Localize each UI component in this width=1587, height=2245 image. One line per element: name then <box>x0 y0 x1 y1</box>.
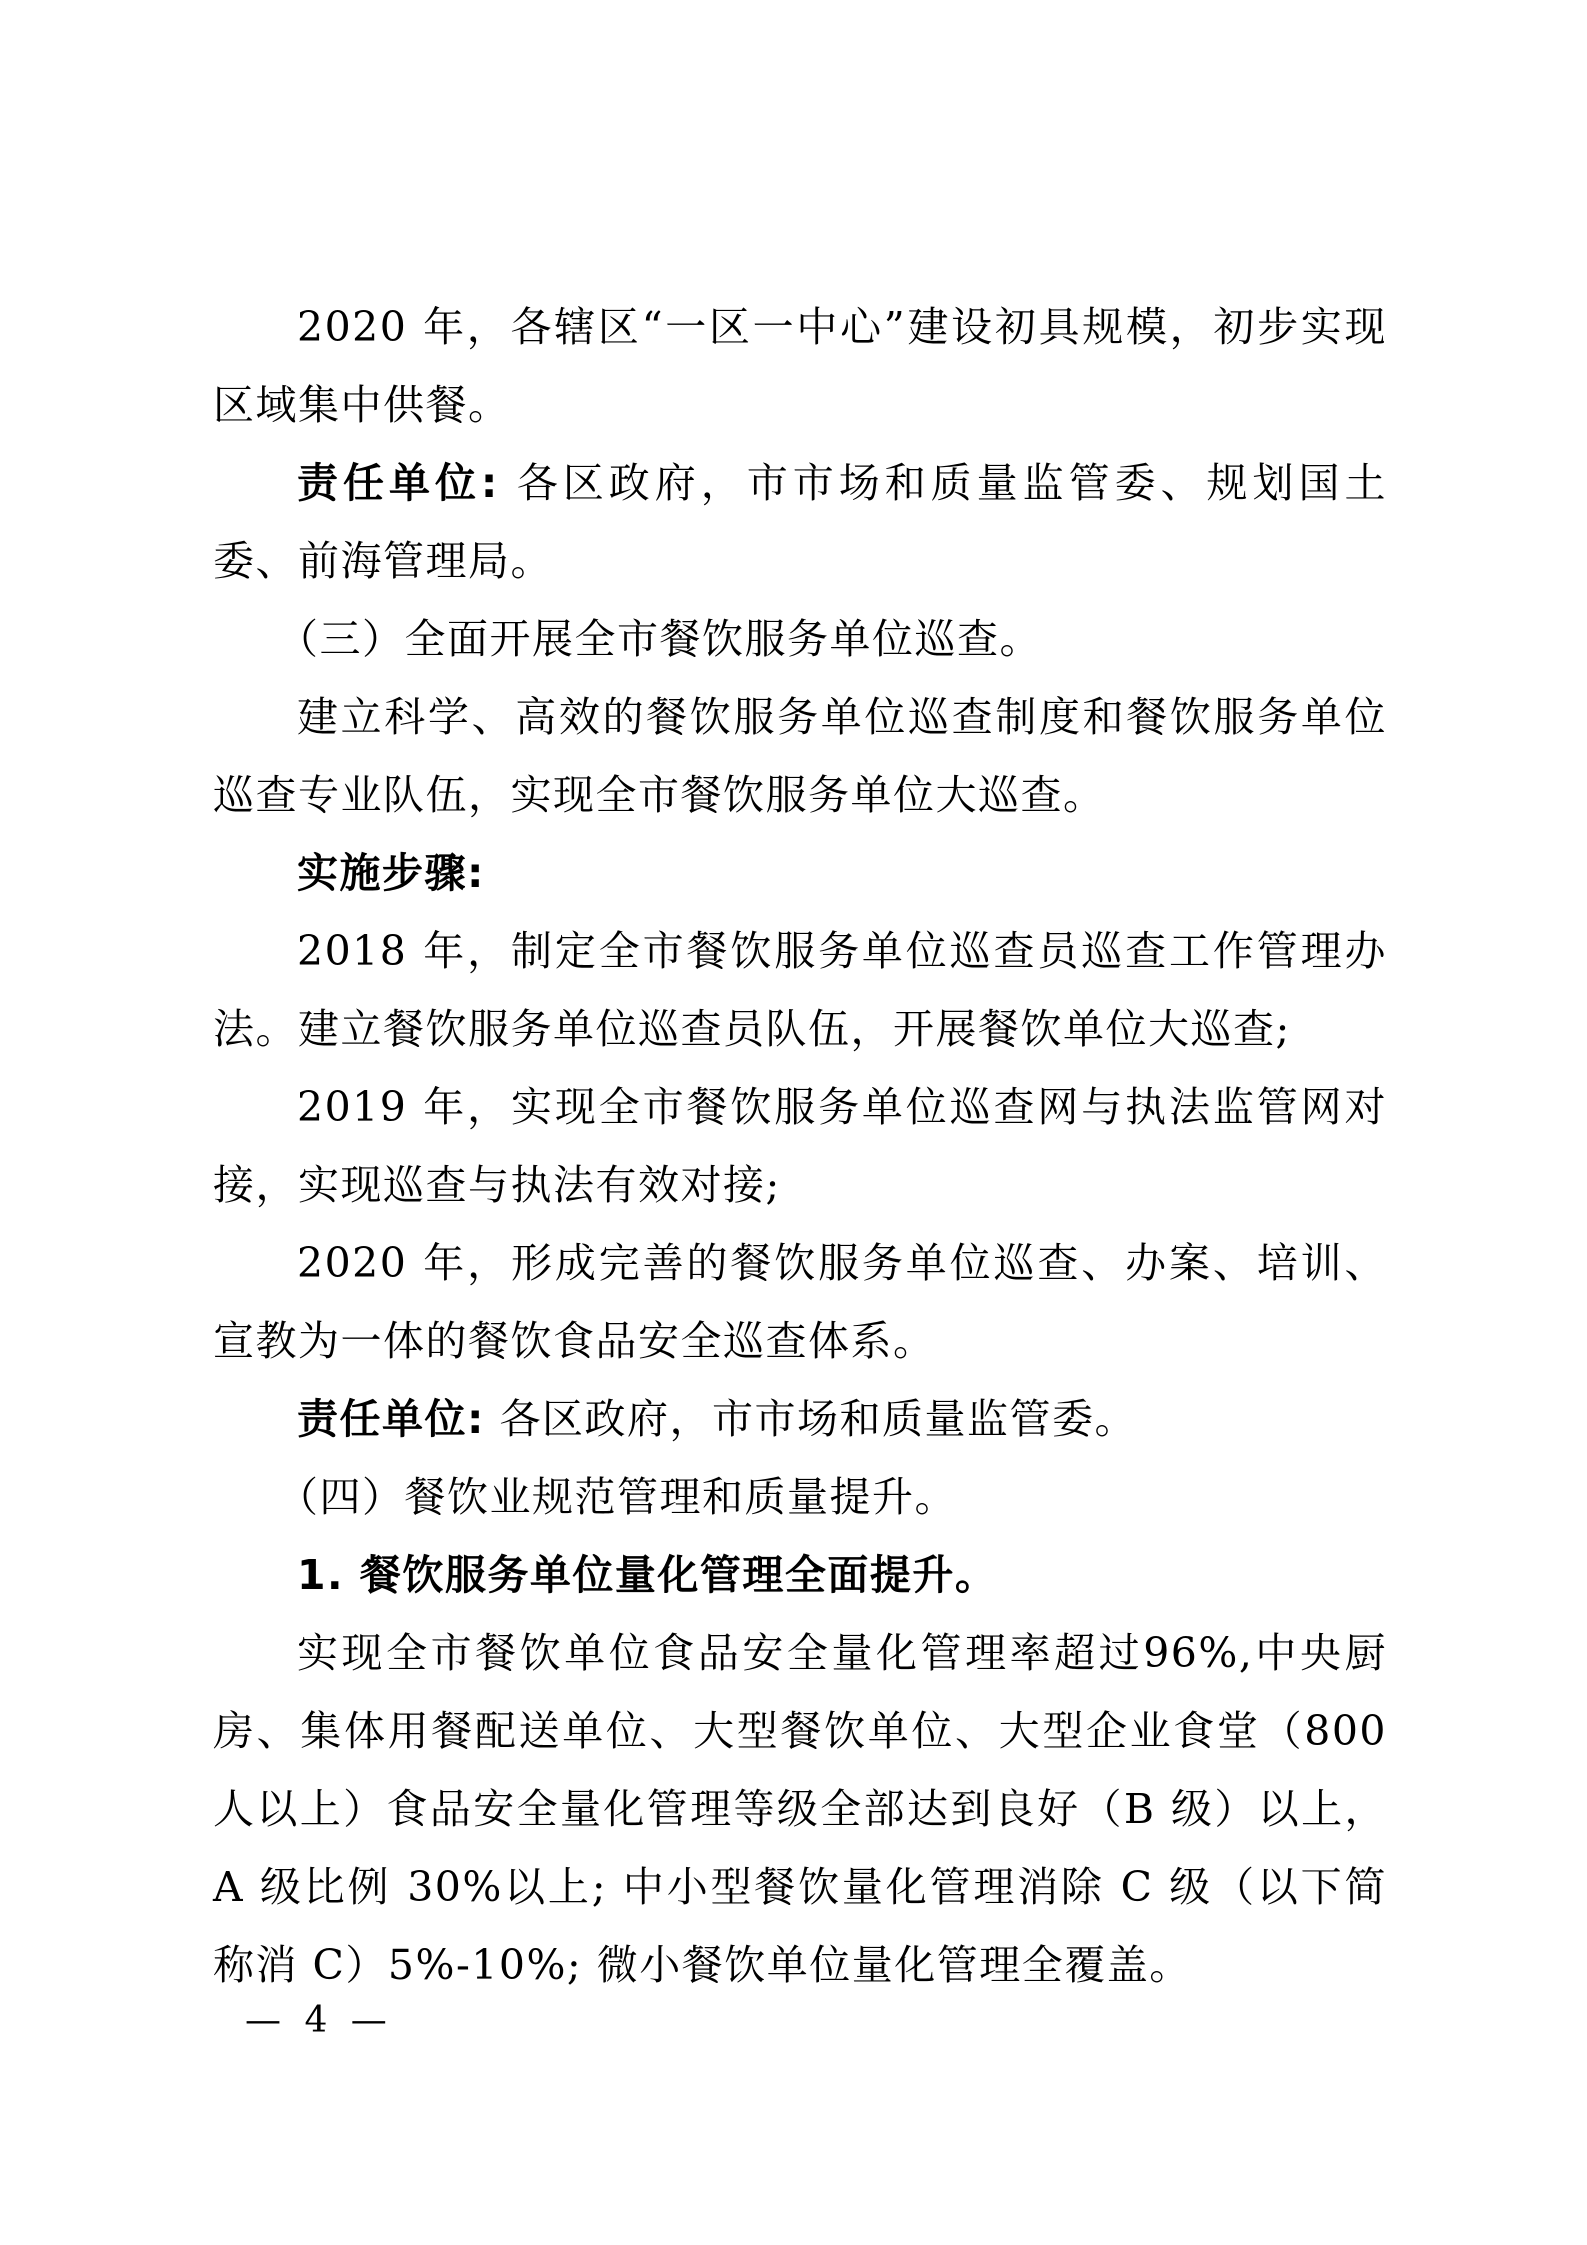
paragraph-responsible-units-2: 责任单位: 各区政府，市市场和质量监管委。 <box>213 1380 1387 1458</box>
section-heading-3: （三）全面开展全市餐饮服务单位巡查。 <box>213 600 1387 678</box>
implementation-steps-label: 实施步骤: <box>213 834 1387 912</box>
paragraph-responsible-units-1: 责任单位: 各区政府，市市场和质量监管委、规划国土委、前海管理局。 <box>213 444 1387 600</box>
paragraph-inspection-system: 建立科学、高效的餐饮服务单位巡查制度和餐饮服务单位巡查专业队伍，实现全市餐饮服务… <box>213 678 1387 834</box>
paragraph-step-2020: 2020 年，形成完善的餐饮服务单位巡查、办案、培训、宣教为一体的餐饮食品安全巡… <box>213 1224 1387 1380</box>
paragraph-quantified-management: 实现全市餐饮单位食品安全量化管理率超过96%,中央厨房、集体用餐配送单位、大型餐… <box>213 1614 1387 2004</box>
responsible-units-label: 责任单位: <box>297 1395 485 1443</box>
paragraph-step-2019: 2019 年，实现全市餐饮服务单位巡查网与执法监管网对接，实现巡查与执法有效对接… <box>213 1068 1387 1224</box>
responsible-units-label: 责任单位: <box>297 459 499 507</box>
paragraph-step-2018: 2018 年，制定全市餐饮服务单位巡查员巡查工作管理办法。建立餐饮服务单位巡查员… <box>213 912 1387 1068</box>
responsible-units-text: 各区政府，市市场和质量监管委。 <box>485 1395 1137 1443</box>
subsection-heading-1: 1. 餐饮服务单位量化管理全面提升。 <box>213 1536 1387 1614</box>
document-page: 2020 年，各辖区“一区一中心”建设初具规模，初步实现区域集中供餐。 责任单位… <box>213 288 1387 2004</box>
section-heading-4: （四）餐饮业规范管理和质量提升。 <box>213 1458 1387 1536</box>
page-number: — 4 — <box>245 1996 393 2046</box>
paragraph-2020-central-meals: 2020 年，各辖区“一区一中心”建设初具规模，初步实现区域集中供餐。 <box>213 288 1387 444</box>
